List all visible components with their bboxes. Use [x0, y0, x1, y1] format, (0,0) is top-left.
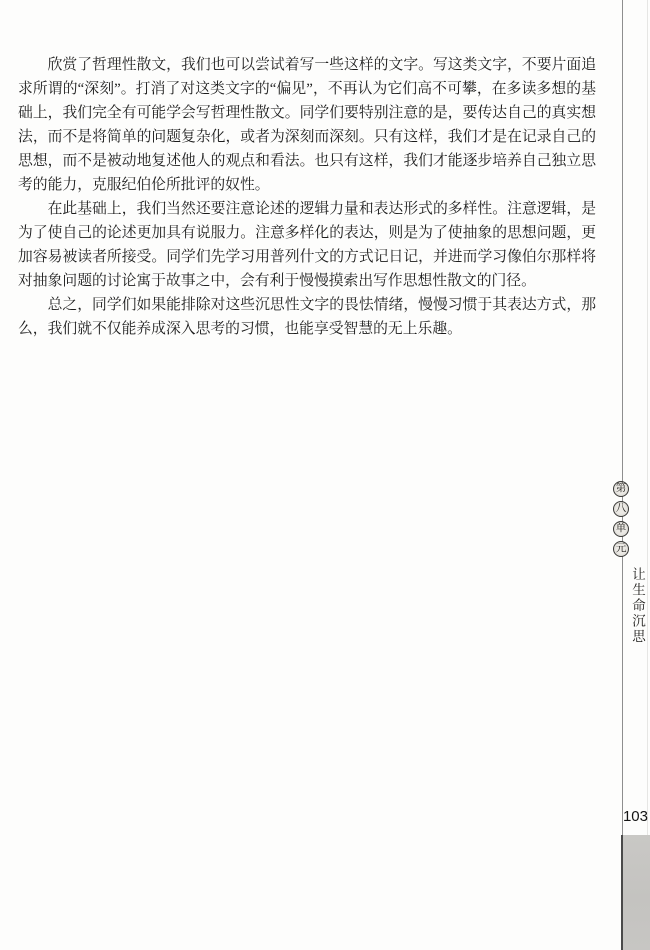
sidebar-vertical-rule	[622, 0, 623, 836]
unit-badge-group: 第 八 单 元	[613, 481, 629, 557]
paragraph-3: 总之，同学们如果能排除对这些沉思性文字的畏怯情绪，慢慢习惯于其表达方式，那么，我…	[18, 293, 596, 341]
textbook-page: 欣赏了哲理性散文，我们也可以尝试着写一些这样的文字。写这类文字，不要片面追求所谓…	[0, 0, 650, 950]
unit-badge-char-2: 八	[613, 501, 629, 517]
chapter-title-vertical: 让生命沉思	[627, 567, 647, 657]
page-number: 103	[608, 808, 648, 826]
paragraph-1: 欣赏了哲理性散文，我们也可以尝试着写一些这样的文字。写这类文字，不要片面追求所谓…	[18, 53, 596, 197]
paragraph-2: 在此基础上，我们当然还要注意论述的逻辑力量和表达形式的多样性。注意逻辑，是为了使…	[18, 197, 596, 293]
unit-badge-char-1: 第	[613, 481, 629, 497]
page-edge-line	[647, 0, 648, 836]
unit-badge-char-3: 单	[613, 521, 629, 537]
book-edge-shadow	[621, 835, 650, 950]
unit-badge-char-4: 元	[613, 541, 629, 557]
body-text: 欣赏了哲理性散文，我们也可以尝试着写一些这样的文字。写这类文字，不要片面追求所谓…	[18, 53, 596, 341]
